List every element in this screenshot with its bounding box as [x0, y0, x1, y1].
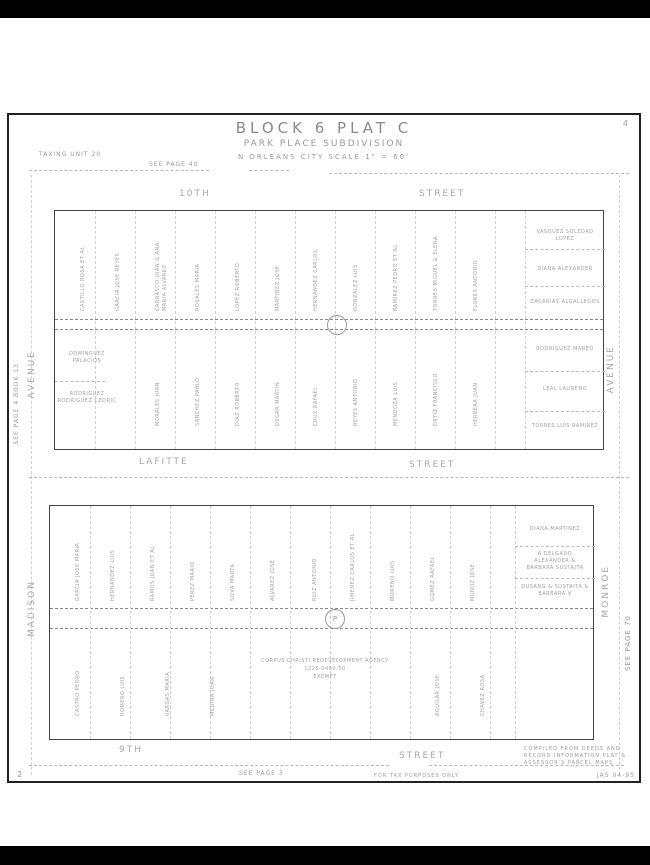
tax-note: FOR TAX PURPOSES ONLY: [374, 773, 459, 779]
street-line: [329, 173, 629, 174]
block-lower[interactable]: GARCIA JOSE MARIA HERNANDEZ LUIS RAMOS J…: [49, 505, 594, 740]
lot-owner[interactable]: LEAL LAURENO: [530, 386, 600, 393]
lot-owner[interactable]: A DELGADO ALEXANDER & BARBARA SUSTAITA: [520, 551, 590, 572]
lot-owner[interactable]: MARTINEZ JOSE: [275, 231, 282, 311]
lot-owner[interactable]: DIANA ALEXANDER: [530, 266, 600, 273]
section-circle-marker: P: [325, 609, 345, 629]
lot-owner[interactable]: RUIZ ANTONIO: [312, 521, 319, 601]
street-left-lower: MADISON: [27, 580, 37, 637]
lot-owner[interactable]: MORALES JUAN: [155, 346, 162, 426]
compiled-note-3: ASSESSOR'S PARCEL MAPS: [524, 760, 613, 766]
plat-map-frame: BLOCK 6 PLAT C PARK PLACE SUBDIVISION N …: [7, 113, 641, 783]
lot-owner[interactable]: GOMEZ RAFAEL: [430, 521, 437, 601]
lot-owner[interactable]: HERNANDEZ LUIS: [110, 521, 117, 601]
lot-owner[interactable]: RODRIGUEZ RODRIGUEZ CEDRIC: [57, 391, 117, 405]
lot-owner[interactable]: DIANA MARTINEZ: [520, 526, 590, 533]
street-right-lower: MONROE: [601, 565, 611, 618]
lot-owner[interactable]: SILVA MARTA: [230, 521, 237, 601]
street-bottom-name: 9TH: [119, 745, 143, 755]
lot-owner[interactable]: DIAZ ROBERTO: [235, 346, 242, 426]
lot-owner[interactable]: HERNANDEZ CARLOS: [313, 231, 320, 311]
map-title: BLOCK 6 PLAT C: [9, 119, 639, 137]
lot-owner[interactable]: HERRERA JUAN: [473, 346, 480, 426]
map-scale: N ORLEANS CITY SCALE 1" = 60': [9, 153, 639, 161]
lot-owner[interactable]: FLORES ANTONIO: [473, 231, 480, 311]
lot-owner[interactable]: RAMIREZ PEDRO ET AL: [393, 231, 400, 311]
street-line: [29, 477, 629, 478]
see-page-top: SEE PAGE 40: [149, 161, 199, 168]
lot-owner[interactable]: MEDINA JUAN: [210, 636, 217, 716]
lot-owner[interactable]: MORENO LUIS: [390, 521, 397, 601]
avenue-line-right: [619, 175, 620, 775]
section-circle-marker: [327, 315, 347, 335]
see-page-bottom: SEE PAGE 3: [239, 770, 284, 777]
lot-owner[interactable]: VARGAS MARIA: [165, 636, 172, 716]
lot-owner[interactable]: TORRES MIGUEL & ELENA: [433, 231, 440, 311]
lot-owner[interactable]: GONZALEZ LUIS: [353, 231, 360, 311]
lot-owner[interactable]: ZACARIAS ALGALLEGOS: [530, 299, 600, 306]
lot-owner[interactable]: ROSALES MARIA: [195, 231, 202, 311]
street-middle-name: LAFITTE: [139, 457, 189, 467]
street-bottom-suffix: STREET: [399, 751, 445, 761]
street-top-name: 10TH: [179, 189, 211, 199]
street-left-upper: AVENUE: [27, 350, 37, 398]
lot-owner[interactable]: REYES ANTONIO: [353, 346, 360, 426]
compiled-note-1: COMPILED FROM DEEDS AND: [524, 746, 621, 752]
lot-owner[interactable]: ROMERO LUIS: [120, 636, 127, 716]
lot-owner[interactable]: RAMOS JUAN ET AL: [150, 521, 157, 601]
page: BLOCK 6 PLAT C PARK PLACE SUBDIVISION N …: [0, 18, 650, 846]
lot-owner[interactable]: CASTILLO ROSA ET AL: [80, 231, 87, 311]
map-subtitle: PARK PLACE SUBDIVISION: [9, 139, 639, 149]
lot-owner[interactable]: CASTRO PEDRO: [75, 636, 82, 716]
avenue-line-left: [31, 175, 32, 775]
sheet-number: 4: [623, 119, 629, 128]
alley-line: [50, 608, 593, 609]
center-owner-note: EXEMPT: [240, 674, 410, 681]
lot-owner[interactable]: ORTIZ FRANCISCO: [433, 346, 440, 426]
street-line: [249, 170, 289, 171]
alley-line: [50, 628, 593, 629]
lot-owner[interactable]: MENDOZA LUIS: [393, 346, 400, 426]
lot-owner[interactable]: RODRIGUEZ MAREO: [530, 346, 600, 353]
lot-owner[interactable]: TORRES LUIS RAMIREZ: [530, 423, 600, 430]
street-middle-suffix: STREET: [409, 460, 455, 470]
taxing-unit: TAXING UNIT 20: [39, 151, 101, 158]
lot-owner[interactable]: CARRASCO JUAN & ANA MARIA ALVAREZ: [155, 231, 169, 311]
map-code: JAS 04-95: [597, 772, 635, 779]
lot-owner[interactable]: CRUZ RAFAEL: [313, 346, 320, 426]
lot-owner[interactable]: PEREZ MARIO: [190, 521, 197, 601]
lot-owner[interactable]: DOMINGUEZ PALACIOS: [57, 351, 117, 365]
lot-owner[interactable]: OSCAR MARTIN: [275, 346, 282, 426]
lot-owner[interactable]: CHAVEZ ROSA: [480, 636, 487, 716]
lot-owner[interactable]: JIMENEZ CARLOS ET AL: [350, 521, 357, 601]
lot-owner[interactable]: GARCIA JOSE MARIA: [75, 521, 82, 601]
street-right-lower-ref: SEE PAGE 70: [624, 615, 632, 671]
block-upper[interactable]: CASTILLO ROSA ET AL GARCIA JOSE REYES CA…: [54, 210, 604, 450]
lot-owner[interactable]: LOPEZ ROBERTO: [235, 231, 242, 311]
lot-owner[interactable]: SANCHEZ PABLO: [195, 346, 202, 426]
lot-owner[interactable]: MUNOZ JOSE: [470, 521, 477, 601]
lot-owner[interactable]: DUSANG & SUSTAITA & BARBARA V: [520, 584, 590, 598]
center-owner[interactable]: CORPUS CHRISTI REDEVELOPMENT AGENCY: [240, 658, 410, 665]
compiled-note-2: RECORD INFORMATION PLAT &: [524, 753, 626, 759]
street-top-suffix: STREET: [419, 189, 465, 199]
street-right-upper: AVENUE: [606, 345, 616, 393]
corner-number: 2: [17, 770, 23, 779]
street-line: [29, 765, 389, 766]
lot-owner[interactable]: GARCIA JOSE REYES: [115, 231, 122, 311]
street-left-upper-ref: SEE PAGE 4 BOOK 13: [13, 363, 20, 445]
lot-owner[interactable]: VASQUEZ SOLEDAD LOPEZ: [530, 229, 600, 243]
street-line: [29, 170, 209, 171]
lot-owner[interactable]: ALVAREZ JOSE: [270, 521, 277, 601]
lot-owner[interactable]: AGUILAR JOSE: [435, 636, 442, 716]
center-owner-id: 1225-0400-50: [240, 666, 410, 673]
